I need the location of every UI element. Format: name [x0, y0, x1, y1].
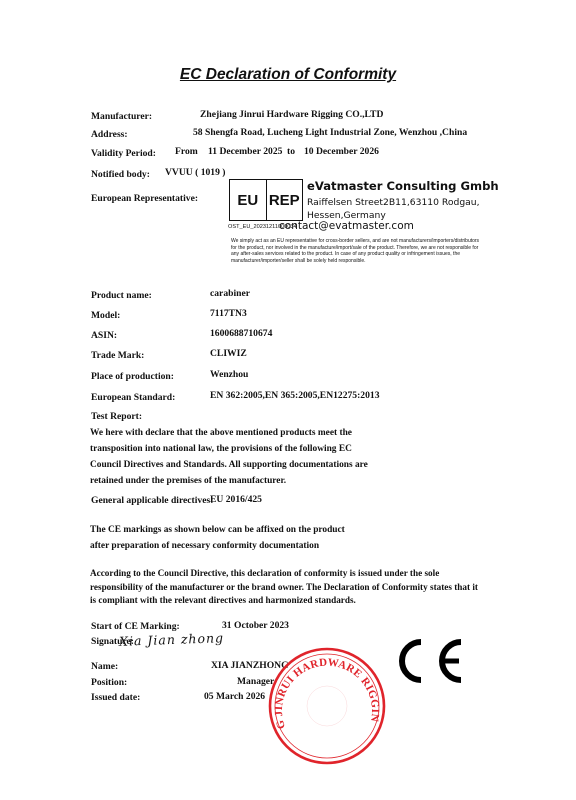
notified-body-label: Notified body: [91, 169, 150, 180]
eu-rep-badge-right: REP [267, 180, 303, 220]
product-name-label: Product name: [91, 290, 152, 301]
issued-date-label: Issued date: [91, 692, 140, 703]
ce-mark-icon [388, 636, 468, 691]
european-rep-label: European Representative: [91, 193, 198, 204]
council-directive-text: According to the Council Directive, this… [90, 567, 480, 608]
test-report-label: Test Report: [91, 411, 142, 422]
place-value: Wenzhou [210, 369, 248, 380]
eu-rep-disclaimer: We simply act as an EU representative fo… [231, 238, 481, 264]
model-label: Model: [91, 310, 120, 321]
declaration-text: We here with declare that the above ment… [90, 425, 380, 489]
start-ce-value: 31 October 2023 [222, 620, 289, 631]
address-label: Address: [91, 129, 128, 140]
trade-mark-label: Trade Mark: [91, 350, 144, 361]
position-label: Position: [91, 677, 127, 688]
svg-text:ZHEJIANG JINRUI HARDWARE RIGGI: ZHEJIANG JINRUI HARDWARE RIGGING CO.,LTD [267, 646, 381, 730]
address-value: 58 Shengfa Road, Lucheng Light Industria… [193, 127, 467, 138]
asin-value: 1600688710674 [210, 328, 272, 339]
trade-mark-value: CLIWIZ [210, 348, 247, 359]
start-ce-label: Start of CE Marking: [91, 621, 180, 632]
validity-from: 11 December 2025 [208, 146, 282, 157]
validity-from-label: From [175, 146, 198, 157]
product-name-value: carabiner [210, 288, 250, 299]
validity-to: 10 December 2026 [304, 146, 379, 157]
company-stamp: ZHEJIANG JINRUI HARDWARE RIGGING CO.,LTD [267, 646, 387, 771]
notified-body-value: VVUU ( 1019 ) [165, 167, 226, 178]
model-value: 7117TN3 [210, 308, 247, 319]
asin-label: ASIN: [91, 330, 117, 341]
place-label: Place of production: [91, 371, 174, 382]
manufacturer-label: Manufacturer: [91, 111, 152, 122]
eu-rep-email: contact@evatmaster.com [279, 220, 414, 232]
validity-label: Validity Period: [91, 148, 156, 159]
issued-date-value: 05 March 2026 [204, 691, 265, 702]
eu-rep-badge-left: EU [230, 180, 267, 220]
eu-rep-address-1: Raiffelsen Street2B11,63110 Rodgau, [307, 197, 480, 208]
eu-rep-company: eVatmaster Consulting Gmbh [307, 179, 499, 193]
standard-label: European Standard: [91, 392, 175, 403]
validity-to-label: to [287, 146, 295, 157]
signature: Xia Jian zhong [119, 630, 224, 649]
eu-rep-badge: EU REP [229, 179, 303, 221]
directives-label: General applicable directives: [91, 495, 213, 506]
name-label: Name: [91, 661, 118, 672]
directives-value: EU 2016/425 [210, 494, 262, 505]
standard-value: EN 362:2005,EN 365:2005,EN12275:2013 [210, 390, 380, 401]
manufacturer-value: Zhejiang Jinrui Hardware Rigging CO.,LTD [200, 109, 383, 120]
page-title: EC Declaration of Conformity [0, 66, 576, 84]
ce-marking-text: The CE markings as shown below can be af… [90, 522, 355, 554]
